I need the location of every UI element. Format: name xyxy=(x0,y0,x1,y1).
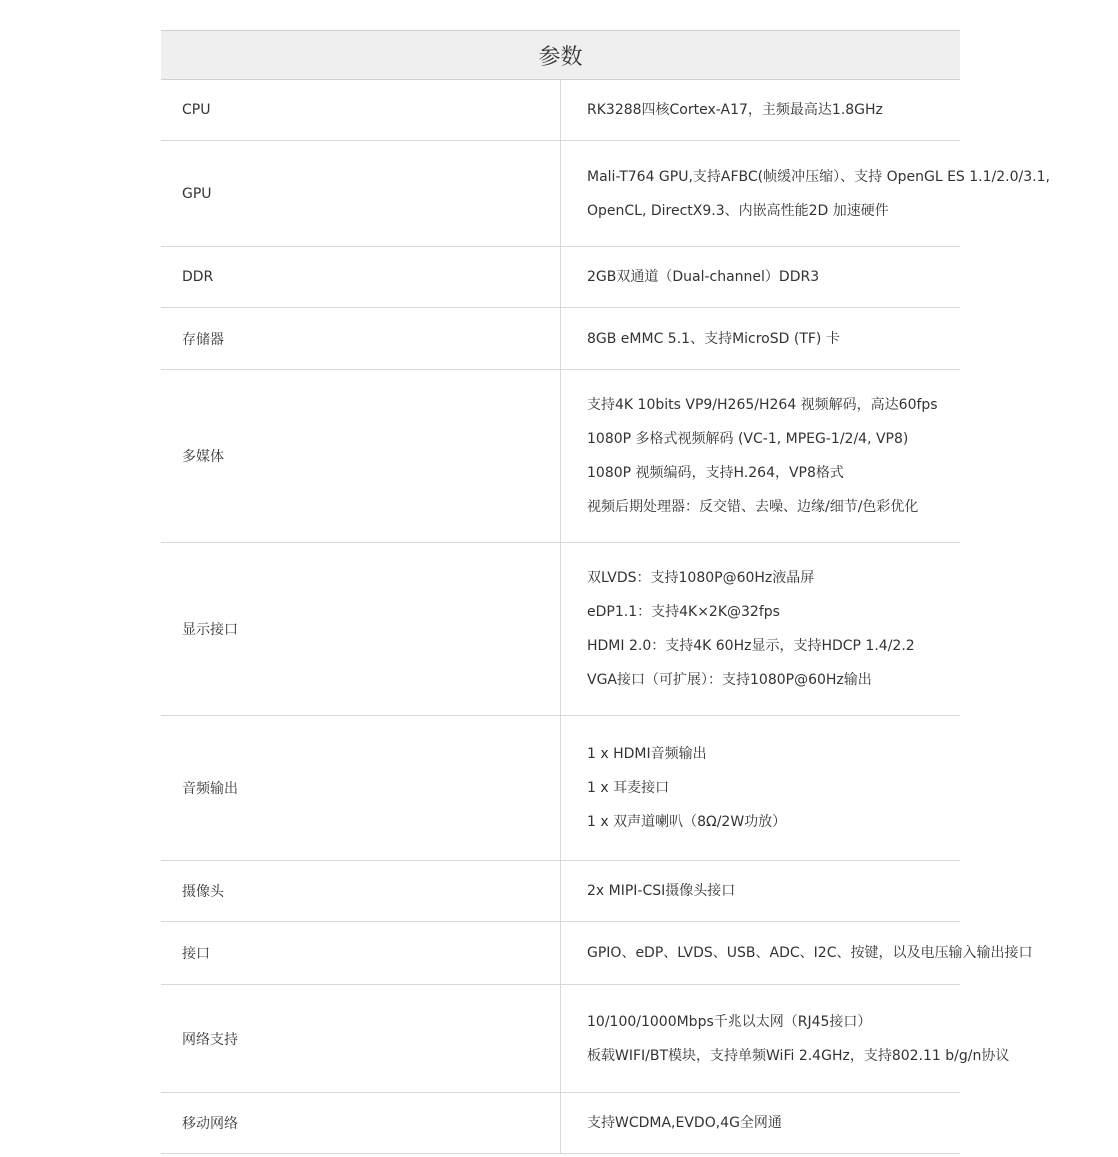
value-line: 1080P 多格式视频解码 (VC-1, MPEG-1/2/4, VP8) xyxy=(587,422,960,456)
row-label: 网络支持 xyxy=(161,985,561,1093)
value-line: GPIO、eDP、LVDS、USB、ADC、I2C、按键，以及电压输入输出接口 xyxy=(587,936,960,970)
table-row: GPUMali-T764 GPU,支持AFBC(帧缓冲压缩）、支持 OpenGL… xyxy=(161,141,960,247)
value-line: 1 x 耳麦接口 xyxy=(587,771,960,805)
table-header: 参数 xyxy=(161,31,960,80)
value-line: 2GB双通道（Dual-channel）DDR3 xyxy=(587,260,960,294)
value-line: 1080P 视频编码，支持H.264，VP8格式 xyxy=(587,456,960,490)
row-label: 摄像头 xyxy=(161,861,561,922)
row-label: 存储器 xyxy=(161,308,561,370)
value-line: 1 x 双声道喇叭（8Ω/2W功放） xyxy=(587,805,960,839)
row-value: 支持4K 10bits VP9/H265/H264 视频解码，高达60fps10… xyxy=(561,370,961,543)
value-line: RK3288四核Cortex-A17，主频最高达1.8GHz xyxy=(587,93,960,127)
table-header-row: 参数 xyxy=(161,31,960,80)
table-row: 多媒体支持4K 10bits VP9/H265/H264 视频解码，高达60fp… xyxy=(161,370,960,543)
table-row: 移动网络支持WCDMA,EVDO,4G全网通 xyxy=(161,1093,960,1154)
row-label: 显示接口 xyxy=(161,543,561,716)
row-label: GPU xyxy=(161,141,561,247)
value-line: 2x MIPI-CSI摄像头接口 xyxy=(587,874,960,908)
value-line: OpenCL, DirectX9.3、内嵌高性能2D 加速硬件 xyxy=(587,194,960,228)
spec-table: 参数 CPURK3288四核Cortex-A17，主频最高达1.8GHzGPUM… xyxy=(161,30,960,1154)
row-label: CPU xyxy=(161,80,561,141)
value-line: 板载WIFI/BT模块，支持单频WiFi 2.4GHz，支持802.11 b/g… xyxy=(587,1039,960,1073)
row-label: 音频输出 xyxy=(161,716,561,861)
value-line: 视频后期处理器：反交错、去噪、边缘/细节/色彩优化 xyxy=(587,490,960,524)
row-value: Mali-T764 GPU,支持AFBC(帧缓冲压缩）、支持 OpenGL ES… xyxy=(561,141,961,247)
row-value: 2GB双通道（Dual-channel）DDR3 xyxy=(561,247,961,308)
row-value: 支持WCDMA,EVDO,4G全网通 xyxy=(561,1093,961,1154)
value-line: Mali-T764 GPU,支持AFBC(帧缓冲压缩）、支持 OpenGL ES… xyxy=(587,160,960,194)
row-value: 10/100/1000Mbps千兆以太网（RJ45接口）板载WIFI/BT模块，… xyxy=(561,985,961,1093)
value-line: HDMI 2.0：支持4K 60Hz显示，支持HDCP 1.4/2.2 xyxy=(587,629,960,663)
row-label: 接口 xyxy=(161,922,561,985)
row-value: 2x MIPI-CSI摄像头接口 xyxy=(561,861,961,922)
table-row: CPURK3288四核Cortex-A17，主频最高达1.8GHz xyxy=(161,80,960,141)
row-label: 移动网络 xyxy=(161,1093,561,1154)
row-value: 1 x HDMI音频输出1 x 耳麦接口1 x 双声道喇叭（8Ω/2W功放） xyxy=(561,716,961,861)
table-row: 存储器8GB eMMC 5.1、支持MicroSD (TF) 卡 xyxy=(161,308,960,370)
value-line: 8GB eMMC 5.1、支持MicroSD (TF) 卡 xyxy=(587,322,960,356)
table-row: 音频输出1 x HDMI音频输出1 x 耳麦接口1 x 双声道喇叭（8Ω/2W功… xyxy=(161,716,960,861)
row-label: DDR xyxy=(161,247,561,308)
row-value: 8GB eMMC 5.1、支持MicroSD (TF) 卡 xyxy=(561,308,961,370)
value-line: eDP1.1：支持4K×2K@32fps xyxy=(587,595,960,629)
value-line: 双LVDS：支持1080P@60Hz液晶屏 xyxy=(587,561,960,595)
value-line: 10/100/1000Mbps千兆以太网（RJ45接口） xyxy=(587,1005,960,1039)
table-row: 显示接口双LVDS：支持1080P@60Hz液晶屏eDP1.1：支持4K×2K@… xyxy=(161,543,960,716)
row-value: 双LVDS：支持1080P@60Hz液晶屏eDP1.1：支持4K×2K@32fp… xyxy=(561,543,961,716)
row-value: RK3288四核Cortex-A17，主频最高达1.8GHz xyxy=(561,80,961,141)
table-row: DDR2GB双通道（Dual-channel）DDR3 xyxy=(161,247,960,308)
value-line: 支持4K 10bits VP9/H265/H264 视频解码，高达60fps xyxy=(587,388,960,422)
table-row: 网络支持10/100/1000Mbps千兆以太网（RJ45接口）板载WIFI/B… xyxy=(161,985,960,1093)
table-body: CPURK3288四核Cortex-A17，主频最高达1.8GHzGPUMali… xyxy=(161,80,960,1154)
value-line: 1 x HDMI音频输出 xyxy=(587,737,960,771)
value-line: 支持WCDMA,EVDO,4G全网通 xyxy=(587,1106,960,1140)
table-row: 摄像头2x MIPI-CSI摄像头接口 xyxy=(161,861,960,922)
row-label: 多媒体 xyxy=(161,370,561,543)
value-line: VGA接口（可扩展）：支持1080P@60Hz输出 xyxy=(587,663,960,697)
row-value: GPIO、eDP、LVDS、USB、ADC、I2C、按键，以及电压输入输出接口 xyxy=(561,922,961,985)
table-row: 接口GPIO、eDP、LVDS、USB、ADC、I2C、按键，以及电压输入输出接… xyxy=(161,922,960,985)
